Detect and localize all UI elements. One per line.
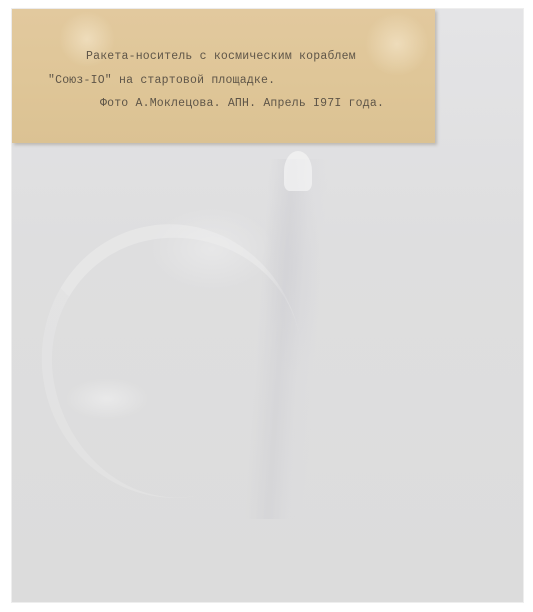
faded-rocket-nose — [284, 151, 312, 191]
typed-caption: Ракета-носитель с космическим кораблем "… — [12, 9, 435, 143]
caption-label: Ракета-носитель с космическим кораблем "… — [12, 9, 435, 143]
faded-rocket-silhouette — [244, 159, 329, 519]
caption-line-3: Фото А.Моклецова. АПН. Апрель I97I года. — [100, 97, 384, 110]
caption-line-1: Ракета-носитель с космическим кораблем — [86, 50, 356, 63]
caption-line-2: "Союз-IO" на стартовой площадке. — [48, 74, 275, 87]
